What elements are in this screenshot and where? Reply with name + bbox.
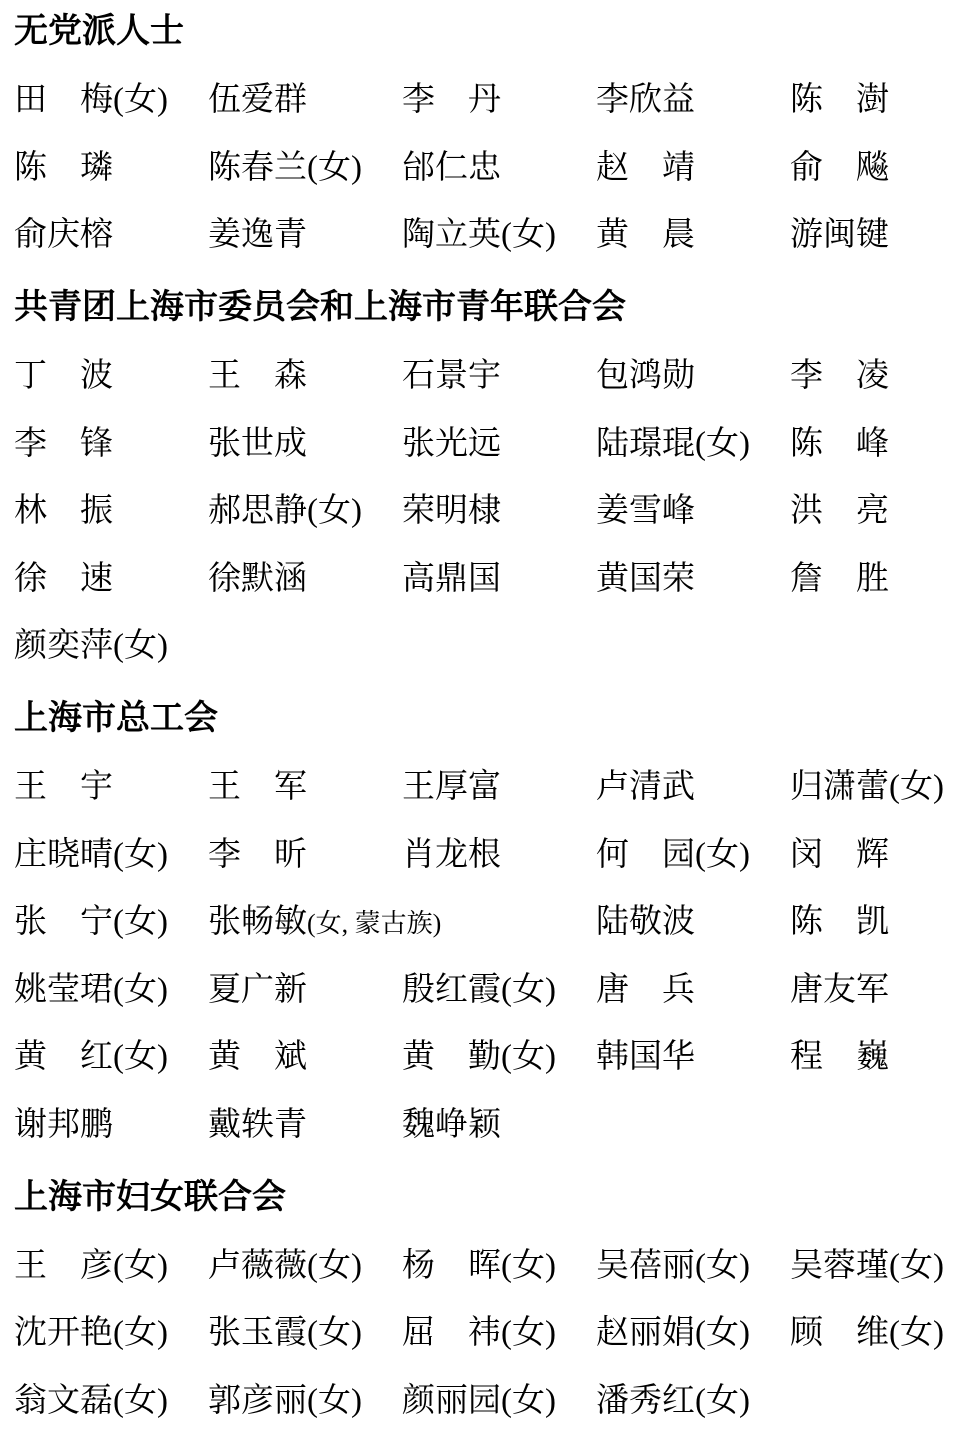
name-entry: 姜雪峰 [596, 493, 695, 529]
name-entry: 杨 晖(女) [402, 1248, 556, 1284]
name-entry: 郭彦丽(女) [208, 1383, 362, 1419]
person-name: 沈开艳(女) [14, 1315, 168, 1351]
person-name: 谢邦鹏 [14, 1107, 113, 1143]
ethnic-note: (女, 蒙古族) [307, 909, 441, 938]
name-row: 陈 璘陈春兰(女)邰仁忠赵 靖俞 飚 [0, 150, 978, 186]
name-entry: 张玉霞(女) [208, 1315, 362, 1351]
person-name: 詹 胜 [790, 561, 889, 597]
section-heading: 无党派人士 [14, 14, 184, 48]
name-row: 翁文磊(女)郭彦丽(女)颜丽园(女)潘秀红(女) [0, 1383, 978, 1419]
name-entry: 黄国荣 [596, 561, 695, 597]
person-name: 魏峥颖 [402, 1107, 501, 1143]
name-entry: 赵 靖 [596, 150, 695, 186]
person-name: 黄 红(女) [14, 1039, 168, 1075]
person-name: 李欣益 [596, 82, 695, 118]
person-name: 黄 勤(女) [402, 1039, 556, 1075]
person-name: 夏广新 [208, 972, 307, 1008]
name-entry: 张世成 [208, 426, 307, 462]
person-name: 郭彦丽(女) [208, 1383, 362, 1419]
person-name: 唐 兵 [596, 972, 695, 1008]
name-entry: 庄晓晴(女) [14, 837, 168, 873]
name-entry: 田 梅(女) [14, 82, 168, 118]
person-name: 陈春兰(女) [208, 150, 362, 186]
person-name: 吴蓉瑾(女) [790, 1248, 944, 1284]
name-row: 俞庆榕姜逸青陶立英(女)黄 晨游闽键 [0, 217, 978, 253]
name-entry: 徐默涵 [208, 561, 307, 597]
person-name: 归潇蕾(女) [790, 769, 944, 805]
person-name: 林 振 [14, 493, 113, 529]
name-entry: 陈 凯 [790, 904, 889, 940]
name-entry: 韩国华 [596, 1039, 695, 1075]
name-row: 徐 速徐默涵高鼎国黄国荣詹 胜 [0, 561, 978, 597]
name-entry: 殷红霞(女) [402, 972, 556, 1008]
name-entry: 俞 飚 [790, 150, 889, 186]
name-entry: 李 锋 [14, 426, 113, 462]
name-entry: 何 园(女) [596, 837, 750, 873]
name-row: 李 锋张世成张光远陆璟琨(女)陈 峰 [0, 426, 978, 462]
name-entry: 卢薇薇(女) [208, 1248, 362, 1284]
person-name: 李 锋 [14, 426, 113, 462]
name-entry: 颜奕萍(女) [14, 628, 168, 664]
name-entry: 魏峥颖 [402, 1107, 501, 1143]
person-name: 姚莹珺(女) [14, 972, 168, 1008]
name-entry: 包鸿勋 [596, 358, 695, 394]
person-name: 张 宁(女) [14, 904, 168, 940]
name-entry: 归潇蕾(女) [790, 769, 944, 805]
person-name: 伍爱群 [208, 82, 307, 118]
name-entry: 唐 兵 [596, 972, 695, 1008]
name-entry: 张畅敏(女, 蒙古族) [208, 904, 441, 942]
person-name: 高鼎国 [402, 561, 501, 597]
person-name: 王 森 [208, 358, 307, 394]
name-entry: 伍爱群 [208, 82, 307, 118]
name-entry: 詹 胜 [790, 561, 889, 597]
name-entry: 闵 辉 [790, 837, 889, 873]
person-name: 肖龙根 [402, 837, 501, 873]
person-name: 顾 维(女) [790, 1315, 944, 1351]
name-row: 姚莹珺(女)夏广新殷红霞(女)唐 兵唐友军 [0, 972, 978, 1008]
person-name: 王 宇 [14, 769, 113, 805]
section-heading: 上海市总工会 [14, 701, 218, 735]
section-heading: 共青团上海市委员会和上海市青年联合会 [14, 290, 626, 324]
name-entry: 翁文磊(女) [14, 1383, 168, 1419]
person-name: 李 丹 [402, 82, 501, 118]
person-name: 陆敬波 [596, 904, 695, 940]
name-entry: 郝思静(女) [208, 493, 362, 529]
name-row: 沈开艳(女)张玉霞(女)屈 祎(女)赵丽娟(女)顾 维(女) [0, 1315, 978, 1351]
person-name: 张世成 [208, 426, 307, 462]
name-entry: 林 振 [14, 493, 113, 529]
person-name: 郝思静(女) [208, 493, 362, 529]
person-name: 李 昕 [208, 837, 307, 873]
name-row: 张 宁(女)张畅敏(女, 蒙古族)陆敬波陈 凯 [0, 904, 978, 940]
name-entry: 荣明棣 [402, 493, 501, 529]
person-name: 陈 璘 [14, 150, 113, 186]
name-entry: 王厚富 [402, 769, 501, 805]
name-entry: 王 宇 [14, 769, 113, 805]
person-name: 屈 祎(女) [402, 1315, 556, 1351]
person-name: 姜雪峰 [596, 493, 695, 529]
person-name: 赵 靖 [596, 150, 695, 186]
name-entry: 陆敬波 [596, 904, 695, 940]
person-name: 戴轶青 [208, 1107, 307, 1143]
name-entry: 李 凌 [790, 358, 889, 394]
name-entry: 黄 晨 [596, 217, 695, 253]
name-entry: 程 巍 [790, 1039, 889, 1075]
person-name: 李 凌 [790, 358, 889, 394]
name-entry: 颜丽园(女) [402, 1383, 556, 1419]
person-name: 翁文磊(女) [14, 1383, 168, 1419]
person-name: 潘秀红(女) [596, 1383, 750, 1419]
name-entry: 李 昕 [208, 837, 307, 873]
person-name: 王 彦(女) [14, 1248, 168, 1284]
name-entry: 张 宁(女) [14, 904, 168, 940]
person-name: 田 梅(女) [14, 82, 168, 118]
person-name: 陈 凯 [790, 904, 889, 940]
section-heading: 上海市妇女联合会 [14, 1180, 286, 1214]
name-entry: 沈开艳(女) [14, 1315, 168, 1351]
person-name: 陆璟琨(女) [596, 426, 750, 462]
person-name: 何 园(女) [596, 837, 750, 873]
name-row: 庄晓晴(女)李 昕肖龙根何 园(女)闵 辉 [0, 837, 978, 873]
name-entry: 顾 维(女) [790, 1315, 944, 1351]
name-entry: 唐友军 [790, 972, 889, 1008]
person-name: 吴蓓丽(女) [596, 1248, 750, 1284]
person-name: 徐 速 [14, 561, 113, 597]
name-entry: 黄 红(女) [14, 1039, 168, 1075]
person-name: 张畅敏 [208, 904, 307, 940]
person-name: 姜逸青 [208, 217, 307, 253]
name-entry: 肖龙根 [402, 837, 501, 873]
name-row: 颜奕萍(女) [0, 628, 978, 664]
name-entry: 戴轶青 [208, 1107, 307, 1143]
person-name: 王厚富 [402, 769, 501, 805]
name-entry: 陈春兰(女) [208, 150, 362, 186]
name-entry: 夏广新 [208, 972, 307, 1008]
person-name: 卢薇薇(女) [208, 1248, 362, 1284]
name-entry: 吴蓓丽(女) [596, 1248, 750, 1284]
name-row: 丁 波王 森石景宇包鸿勋李 凌 [0, 358, 978, 394]
name-entry: 王 森 [208, 358, 307, 394]
person-name: 丁 波 [14, 358, 113, 394]
person-name: 颜奕萍(女) [14, 628, 168, 664]
person-name: 唐友军 [790, 972, 889, 1008]
person-name: 荣明棣 [402, 493, 501, 529]
person-name: 颜丽园(女) [402, 1383, 556, 1419]
person-name: 黄 晨 [596, 217, 695, 253]
name-entry: 王 彦(女) [14, 1248, 168, 1284]
name-entry: 丁 波 [14, 358, 113, 394]
person-name: 张玉霞(女) [208, 1315, 362, 1351]
name-entry: 赵丽娟(女) [596, 1315, 750, 1351]
person-name: 洪 亮 [790, 493, 889, 529]
name-entry: 张光远 [402, 426, 501, 462]
person-name: 殷红霞(女) [402, 972, 556, 1008]
person-name: 邰仁忠 [402, 150, 501, 186]
person-name: 俞庆榕 [14, 217, 113, 253]
name-entry: 姜逸青 [208, 217, 307, 253]
person-name: 黄 斌 [208, 1039, 307, 1075]
name-entry: 陈 峰 [790, 426, 889, 462]
person-name: 王 军 [208, 769, 307, 805]
name-entry: 俞庆榕 [14, 217, 113, 253]
name-entry: 邰仁忠 [402, 150, 501, 186]
name-entry: 石景宇 [402, 358, 501, 394]
person-name: 赵丽娟(女) [596, 1315, 750, 1351]
name-row: 黄 红(女)黄 斌黄 勤(女)韩国华程 巍 [0, 1039, 978, 1075]
name-row: 林 振郝思静(女)荣明棣姜雪峰洪 亮 [0, 493, 978, 529]
person-name: 黄国荣 [596, 561, 695, 597]
person-name: 陈 澍 [790, 82, 889, 118]
person-name: 张光远 [402, 426, 501, 462]
name-entry: 黄 勤(女) [402, 1039, 556, 1075]
name-entry: 陶立英(女) [402, 217, 556, 253]
name-entry: 吴蓉瑾(女) [790, 1248, 944, 1284]
name-row: 田 梅(女)伍爱群李 丹李欣益陈 澍 [0, 82, 978, 118]
document-page: 无党派人士田 梅(女)伍爱群李 丹李欣益陈 澍陈 璘陈春兰(女)邰仁忠赵 靖俞 … [0, 0, 978, 1456]
person-name: 杨 晖(女) [402, 1248, 556, 1284]
name-entry: 高鼎国 [402, 561, 501, 597]
person-name: 徐默涵 [208, 561, 307, 597]
name-row: 谢邦鹏戴轶青魏峥颖 [0, 1107, 978, 1143]
name-entry: 徐 速 [14, 561, 113, 597]
person-name: 游闽键 [790, 217, 889, 253]
name-entry: 黄 斌 [208, 1039, 307, 1075]
person-name: 闵 辉 [790, 837, 889, 873]
person-name: 程 巍 [790, 1039, 889, 1075]
person-name: 陶立英(女) [402, 217, 556, 253]
name-row: 王 彦(女)卢薇薇(女)杨 晖(女)吴蓓丽(女)吴蓉瑾(女) [0, 1248, 978, 1284]
person-name: 石景宇 [402, 358, 501, 394]
name-entry: 洪 亮 [790, 493, 889, 529]
person-name: 韩国华 [596, 1039, 695, 1075]
name-entry: 陈 璘 [14, 150, 113, 186]
name-row: 王 宇王 军王厚富卢清武归潇蕾(女) [0, 769, 978, 805]
person-name: 庄晓晴(女) [14, 837, 168, 873]
name-entry: 陆璟琨(女) [596, 426, 750, 462]
name-entry: 李 丹 [402, 82, 501, 118]
person-name: 包鸿勋 [596, 358, 695, 394]
name-entry: 姚莹珺(女) [14, 972, 168, 1008]
name-entry: 游闽键 [790, 217, 889, 253]
person-name: 卢清武 [596, 769, 695, 805]
name-entry: 陈 澍 [790, 82, 889, 118]
name-entry: 潘秀红(女) [596, 1383, 750, 1419]
person-name: 俞 飚 [790, 150, 889, 186]
person-name: 陈 峰 [790, 426, 889, 462]
name-entry: 卢清武 [596, 769, 695, 805]
name-entry: 王 军 [208, 769, 307, 805]
name-entry: 李欣益 [596, 82, 695, 118]
name-entry: 谢邦鹏 [14, 1107, 113, 1143]
name-entry: 屈 祎(女) [402, 1315, 556, 1351]
